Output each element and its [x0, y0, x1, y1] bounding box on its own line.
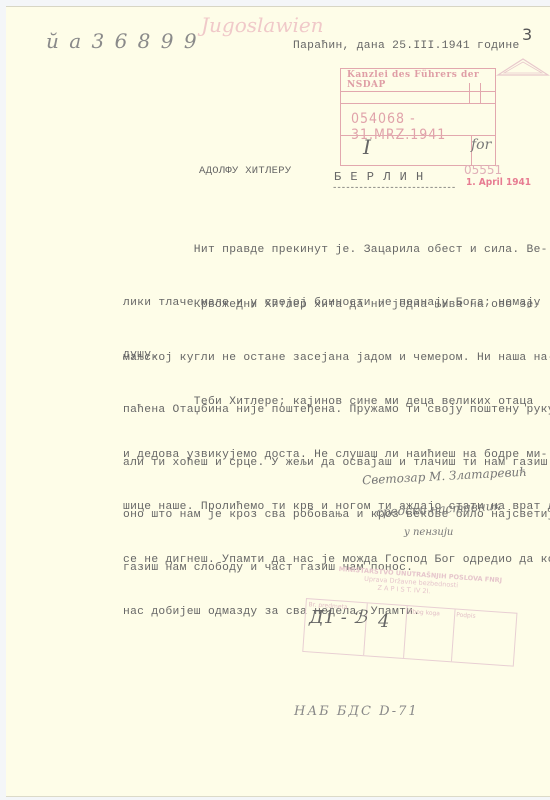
- city-name: Б Е Р Л И Н: [334, 170, 424, 184]
- cell-reason: Zbog koga: [403, 606, 456, 661]
- text-line: и дедова узвикујемо доста. Не слушаш ли …: [123, 447, 550, 465]
- archive-number: ŭ a 3 6 8 9 9: [46, 29, 199, 53]
- page-number: 3: [522, 25, 532, 44]
- stamp-row-empty: [341, 83, 495, 104]
- signature-note: у пензији: [404, 527, 453, 538]
- recipient-name: АДОЛФУ ХИТЛЕРУ: [199, 165, 291, 177]
- text-line: Теби Хитлере; кајинов сине ми деца велик…: [123, 394, 550, 412]
- bottom-archive-reference: НАБ БДС D-71: [294, 704, 419, 719]
- text-line: се не дигнеш. Упамти да нас је можда Гос…: [123, 552, 550, 570]
- place-date: Параћин, дана 25.III.1941 године: [293, 40, 520, 52]
- pencil-note-top: Jugoslawien: [201, 13, 324, 37]
- document-page: Jugoslawien ŭ a 3 6 8 9 9 3 Параћин, дан…: [6, 6, 550, 797]
- city-underline: ----------------------------: [332, 183, 455, 193]
- text-line: Нит правде прекинут је. Зацарила обест и…: [123, 242, 548, 260]
- nsdap-registry-stamp: Kanzlei des Führers der NSDAP 054068 - 3…: [340, 68, 496, 166]
- cell-signature: Podpis: [451, 609, 514, 665]
- receipt-number: 05551: [464, 163, 502, 177]
- nsdap-logo-icon: [496, 57, 550, 77]
- text-line: Крвожедни Хитлер хита да ни једна њива н…: [123, 297, 550, 315]
- handwritten-initials: for: [471, 137, 491, 153]
- handwritten-mark: I: [363, 135, 371, 159]
- handwritten-case-number: Д1 - ℬ: [309, 607, 367, 628]
- receipt-date: 1. April 1941: [466, 177, 531, 188]
- handwritten-cell-mark: 4: [378, 611, 389, 632]
